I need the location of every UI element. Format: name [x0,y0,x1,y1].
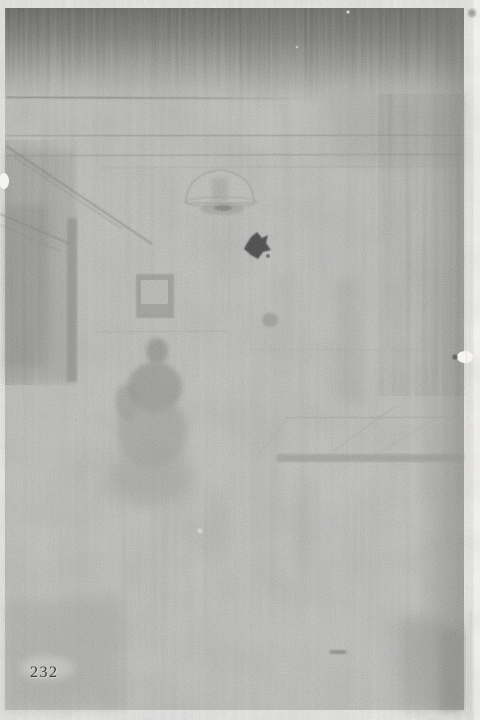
right-edge-nick [457,351,473,363]
grain-overlay-light [5,8,464,710]
page-number-text: 232 [30,664,59,681]
plate-right-edge-line [466,8,467,710]
top-right-margin-speck [468,9,476,17]
plate-illustration: 232 232 [0,0,480,720]
margin-page-edge-line [470,612,471,712]
scanned-book-page: 232 232 [0,0,480,720]
right-edge-speck [452,354,457,359]
plate-area: 232 232 [0,8,476,712]
